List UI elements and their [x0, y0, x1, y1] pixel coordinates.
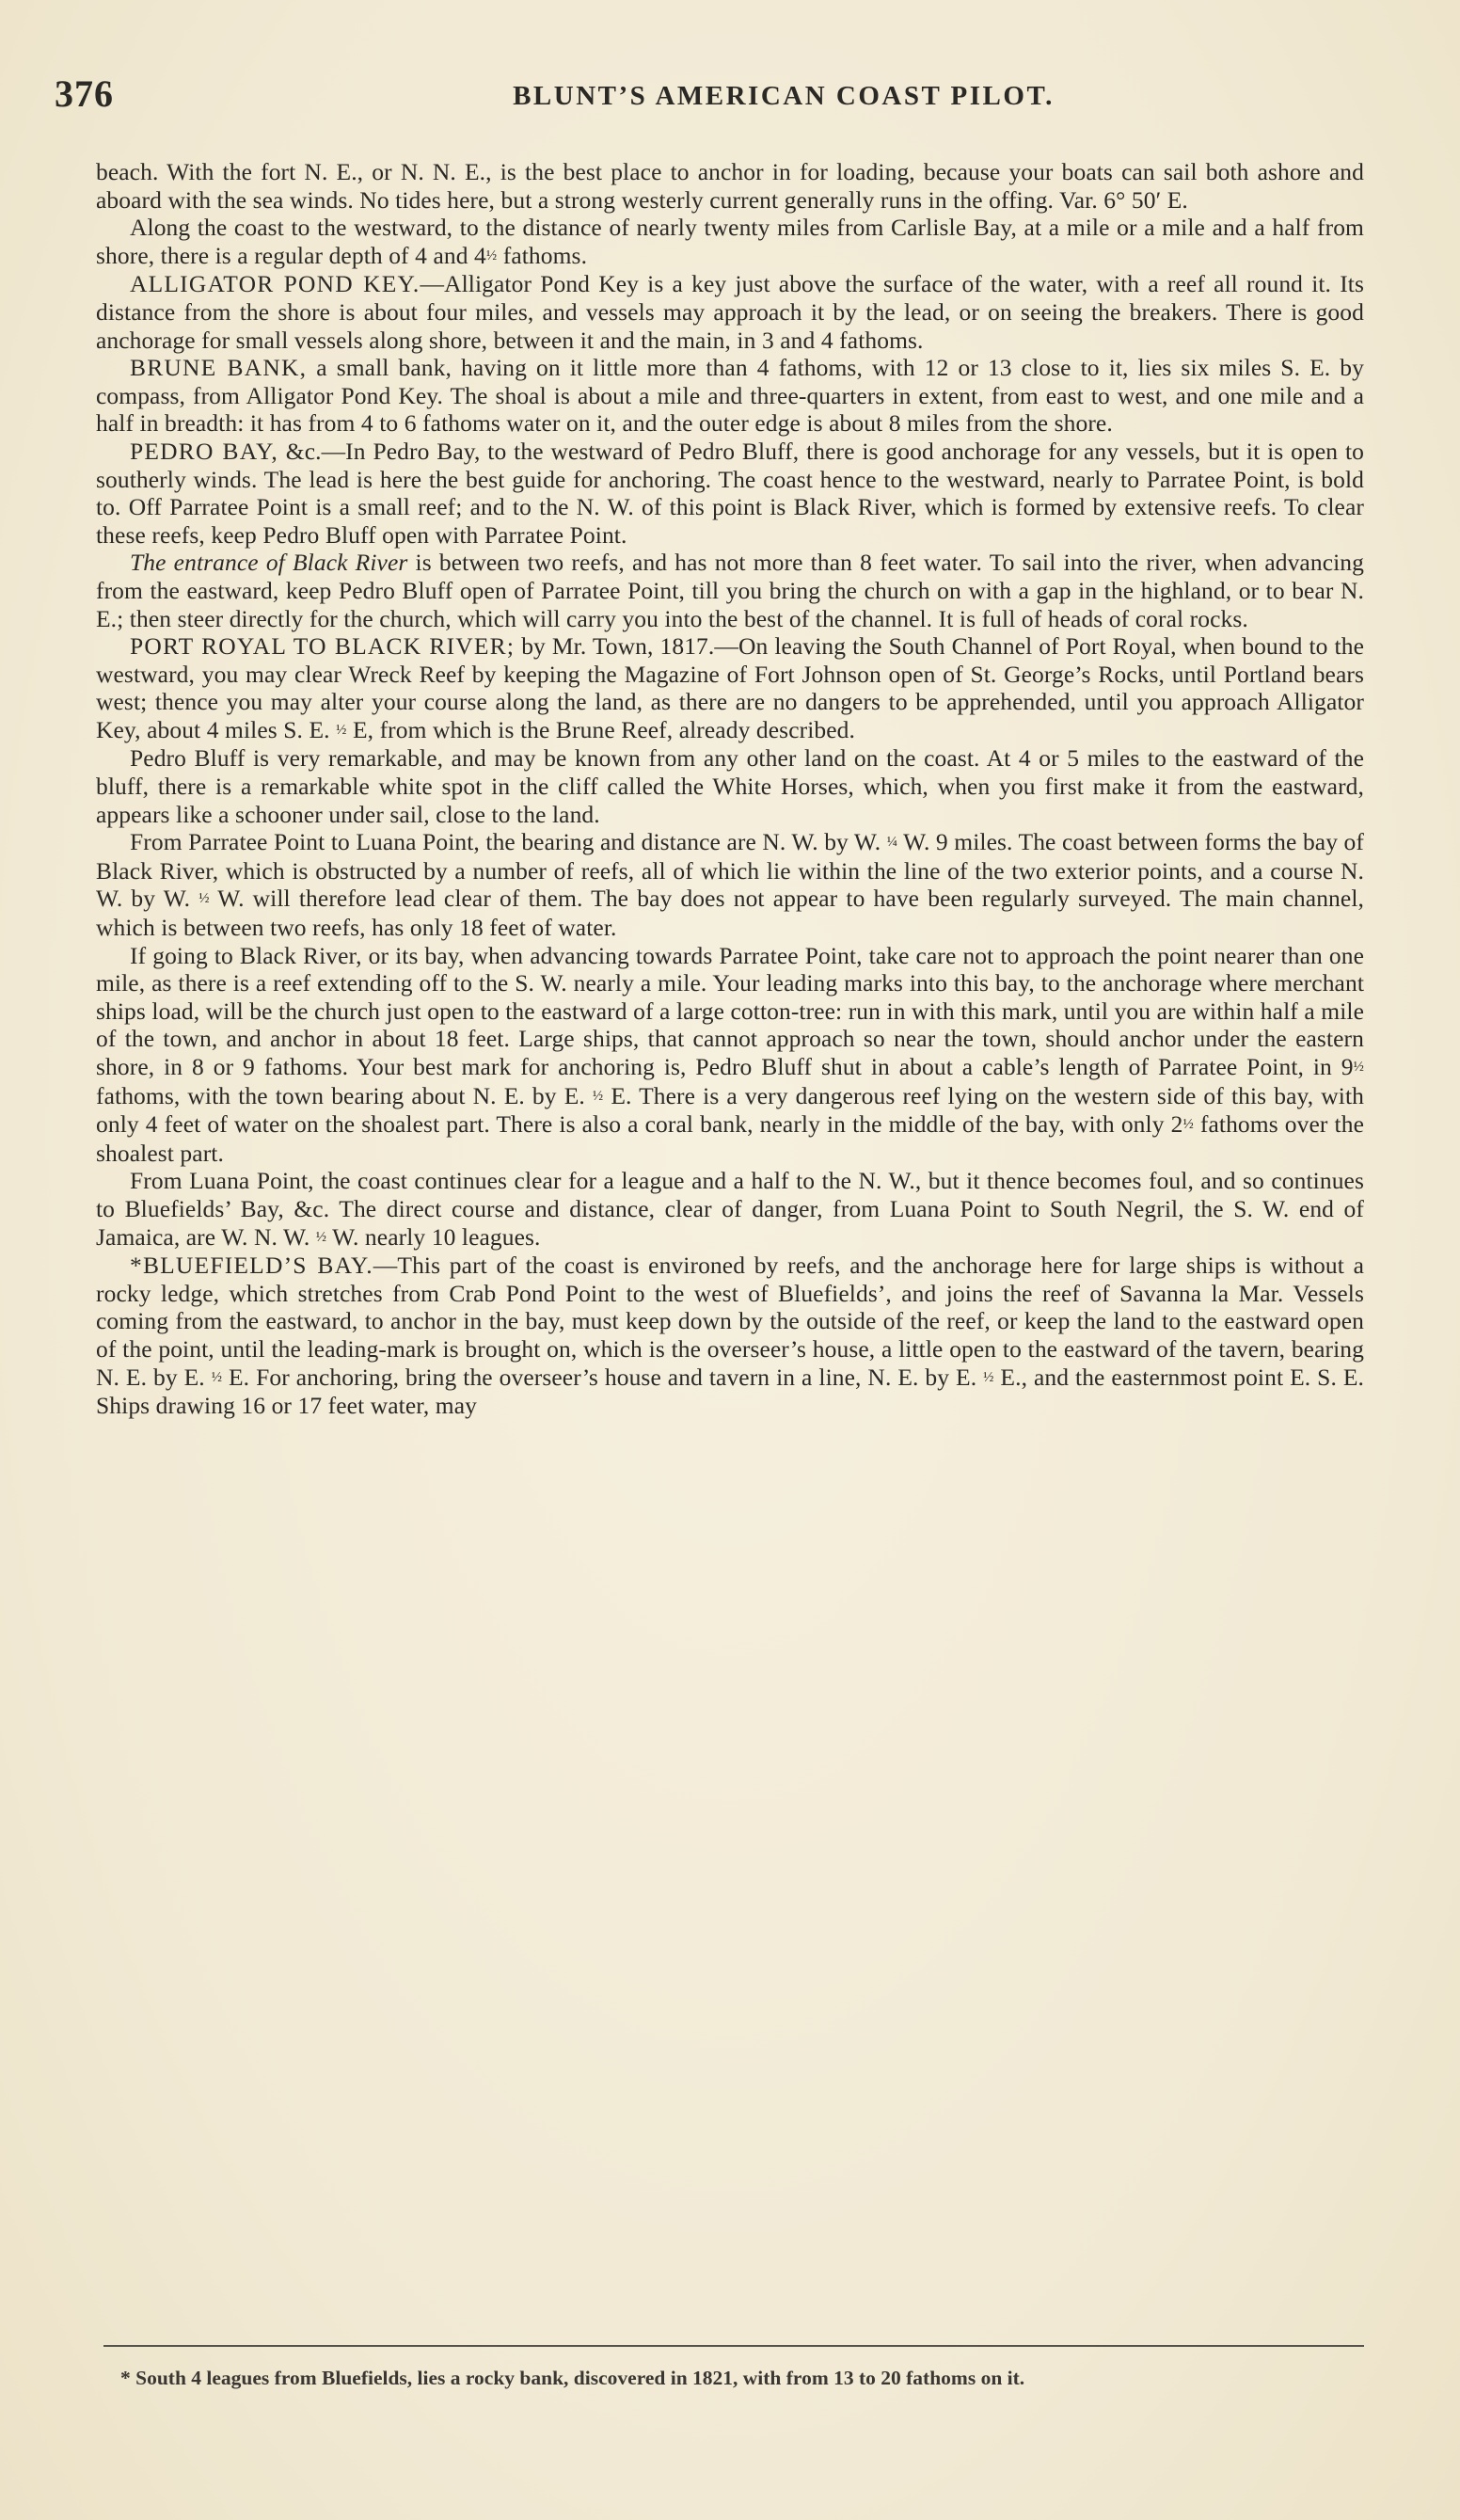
paragraph-brune-bank: BRUNE BANK, a small bank, having on it l… [96, 354, 1364, 438]
running-head: 376 BLUNT’S AMERICAN COAST PILOT. [55, 72, 1362, 119]
footnote-divider [103, 2345, 1364, 2347]
section-heading: *BLUEFIELD’S BAY. [130, 1252, 373, 1279]
italic-phrase: The entrance of Black River [130, 549, 407, 576]
paragraph-alligator-pond-key: ALLIGATOR POND KEY.—Alligator Pond Key i… [96, 270, 1364, 354]
section-heading: BRUNE BANK, [130, 354, 307, 381]
fraction: ¼ [887, 835, 897, 850]
text-run: &c.—In Pedro Bay, to the westward of Ped… [96, 438, 1364, 549]
paragraph-bluefields-bay: *BLUEFIELD’S BAY.—This part of the coast… [96, 1252, 1364, 1420]
text-run: W. will therefore lead clear of them. Th… [96, 885, 1364, 941]
paragraph: Along the coast to the westward, to the … [96, 214, 1364, 270]
fraction: ½ [983, 1370, 993, 1385]
book-page: 376 BLUNT’S AMERICAN COAST PILOT. beach.… [0, 0, 1460, 2520]
paragraph-pedro-bluff: Pedro Bluff is very remarkable, and may … [96, 744, 1364, 828]
section-heading: ALLIGATOR POND KEY. [130, 270, 420, 297]
section-heading: PEDRO BAY, [130, 438, 278, 465]
paragraph-going-to-black-river: If going to Black River, or its bay, whe… [96, 942, 1364, 1168]
fraction: ½ [336, 723, 346, 738]
paragraph-from-luana-point: From Luana Point, the coast continues cl… [96, 1167, 1364, 1252]
paragraph-black-river-entrance: The entrance of Black River is between t… [96, 549, 1364, 632]
paragraph-port-royal-to-black-river: PORT ROYAL TO BLACK RIVER; by Mr. Town, … [96, 632, 1364, 744]
body-text: beach. With the fort N. E., or N. N. E.,… [96, 158, 1364, 1420]
text-run: fathoms, with the town bearing about N. … [96, 1082, 593, 1109]
running-title: BLUNT’S AMERICAN COAST PILOT. [55, 81, 1362, 112]
fraction: ½ [486, 248, 497, 263]
text-run: From Parratee Point to Luana Point, the … [130, 828, 887, 855]
text-run: Pedro Bluff is very remarkable, and may … [96, 744, 1364, 827]
fraction: ½ [1354, 1060, 1364, 1075]
text-run: From Luana Point, the coast continues cl… [96, 1167, 1364, 1250]
fraction: ½ [198, 891, 209, 906]
paragraph: beach. With the fort N. E., or N. N. E.,… [96, 158, 1364, 214]
text-run: W. nearly 10 leagues. [326, 1223, 540, 1251]
fraction: ½ [1182, 1117, 1193, 1132]
fraction: ½ [212, 1370, 222, 1385]
paragraph-parratee-to-luana: From Parratee Point to Luana Point, the … [96, 828, 1364, 941]
text-run: If going to Black River, or its bay, whe… [96, 942, 1364, 1080]
text-run: beach. With the fort N. E., or N. N. E.,… [96, 158, 1364, 214]
fraction: ½ [316, 1230, 326, 1245]
paragraph-pedro-bay: PEDRO BAY, &c.—In Pedro Bay, to the west… [96, 438, 1364, 549]
text-run: Along the coast to the westward, to the … [96, 214, 1364, 269]
text-run: fathoms. [497, 242, 587, 269]
footnote: * South 4 leagues from Bluefields, lies … [96, 2366, 1364, 2391]
fraction: ½ [593, 1089, 603, 1104]
text-run: E, from which is the Brune Reef, already… [346, 716, 855, 743]
section-heading: PORT ROYAL TO BLACK RIVER; [130, 632, 515, 660]
text-run: E. For anchoring, bring the overseer’s h… [222, 1364, 983, 1391]
